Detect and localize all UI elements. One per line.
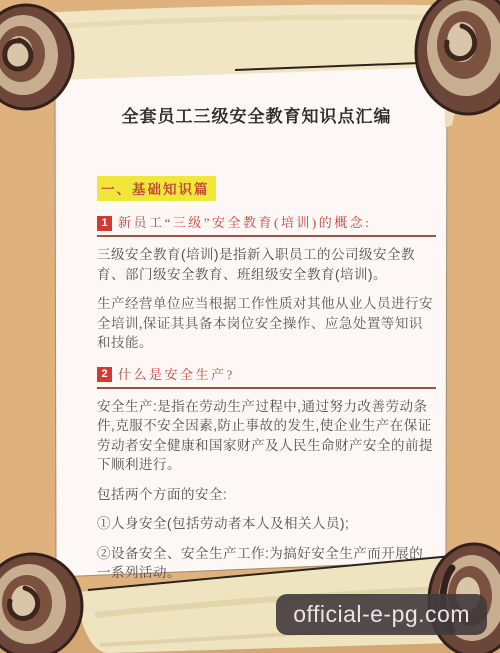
section-heading-label: 一、基础知识篇	[97, 176, 216, 201]
item-1-number-badge: 1	[97, 216, 112, 231]
item-2-heading-label: 什么是安全生产?	[118, 367, 235, 383]
page: { "document": { "title": "全套员工三级安全教育知识点汇…	[0, 0, 500, 653]
item-2-paragraph-2: 包括两个方面的安全:	[97, 485, 436, 505]
item-2-paragraph-4: ②设备安全、安全生产工作:为搞好安全生产而开展的一系列活动。	[97, 544, 436, 583]
item-1-heading-label: 新员工“三级”安全教育(培训)的概念:	[118, 215, 371, 231]
item-1-paragraph-2: 生产经营单位应当根据工作性质对其他从业人员进行安全培训,保证其具备本岗位安全操作…	[97, 294, 436, 353]
item-2-paragraph-1: 安全生产:是指在劳动生产过程中,通过努力改善劳动条件,克服不安全因素,防止事故的…	[97, 397, 436, 475]
section-heading: 一、基础知识篇	[97, 176, 436, 201]
watermark-badge: official-e-pg.com	[276, 594, 487, 635]
item-1-paragraph-1: 三级安全教育(培训)是指新入职员工的公司级安全教育、部门级安全教育、班组级安全教…	[97, 245, 436, 284]
item-2-paragraph-3: ①人身安全(包括劳动者本人及相关人员);	[97, 514, 436, 534]
item-1-heading: 1 新员工“三级”安全教育(培训)的概念:	[97, 215, 436, 237]
page-title: 全套员工三级安全教育知识点汇编	[77, 106, 436, 128]
item-2-heading: 2 什么是安全生产?	[97, 367, 436, 389]
item-2-number-badge: 2	[97, 367, 112, 382]
document-page: 全套员工三级安全教育知识点汇编 一、基础知识篇 1 新员工“三级”安全教育(培训…	[56, 72, 446, 576]
